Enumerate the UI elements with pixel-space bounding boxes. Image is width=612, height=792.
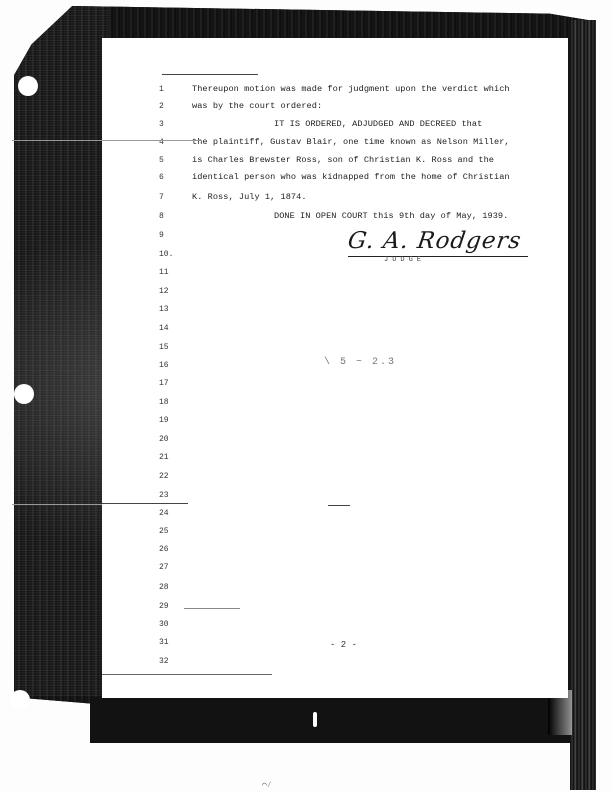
signature-line	[348, 256, 528, 257]
left-margin-rule-4	[12, 140, 202, 141]
faint-marks: \ 5 ~ 2.3	[324, 357, 396, 368]
page-number: - 2 -	[330, 640, 357, 650]
line-number: 29	[159, 602, 183, 611]
line-number: 26	[159, 545, 183, 554]
line-number: 25	[159, 527, 183, 536]
line-number: 18	[159, 398, 183, 407]
margin-rule-24	[102, 503, 188, 504]
top-rule	[162, 74, 258, 75]
line-number: 11	[159, 268, 183, 277]
line-number: 5	[159, 156, 183, 165]
line-number: 30	[159, 620, 183, 629]
line-number: 16	[159, 361, 183, 370]
margin-rule-bottom	[102, 674, 272, 675]
document-line-text: DONE IN OPEN COURT this 9th day of May, …	[274, 211, 508, 221]
document-line-text: K. Ross, July 1, 1874.	[192, 192, 307, 202]
line-number: 32	[159, 657, 183, 666]
judge-title: JUDGE	[384, 256, 425, 264]
footer-scan-mark: ⌒⁄	[262, 780, 272, 790]
line-number: 10.	[159, 250, 183, 259]
document-line-text: was by the court ordered:	[192, 101, 322, 111]
line-number: 2	[159, 102, 183, 111]
line-number: 9	[159, 231, 183, 240]
photocopy-bottom-band	[90, 697, 580, 743]
document-line-text: identical person who was kidnapped from …	[192, 172, 510, 182]
margin-rule-29	[184, 608, 240, 609]
line-number: 12	[159, 287, 183, 296]
line-number: 17	[159, 379, 183, 388]
document-line-text: Thereupon motion was made for judgment u…	[192, 84, 510, 94]
line-number: 1	[159, 85, 183, 94]
judge-signature: G. A. Rodgers	[346, 228, 523, 254]
line-number: 27	[159, 563, 183, 572]
line-number: 20	[159, 435, 183, 444]
line-number: 7	[159, 193, 183, 202]
line-number: 8	[159, 212, 183, 221]
document-line-text: IT IS ORDERED, ADJUDGED AND DECREED that	[274, 119, 482, 129]
punch-hole-middle	[14, 384, 34, 404]
line-number: 13	[159, 305, 183, 314]
line-number: 21	[159, 453, 183, 462]
document-page: 1Thereupon motion was made for judgment …	[102, 38, 568, 698]
document-line-text: the plaintiff, Gustav Blair, one time kn…	[192, 137, 510, 147]
punch-hole-top	[18, 76, 38, 96]
line-number: 3	[159, 120, 183, 129]
short-rule-24	[328, 505, 350, 506]
line-number: 28	[159, 583, 183, 592]
line-number: 24	[159, 509, 183, 518]
photocopy-noise	[14, 6, 109, 696]
punch-hole-bottom	[10, 690, 30, 710]
line-number: 31	[159, 638, 183, 647]
line-number: 14	[159, 324, 183, 333]
line-number: 6	[159, 173, 183, 182]
line-number: 22	[159, 472, 183, 481]
photocopy-right-edge	[570, 20, 596, 790]
left-margin-rule-24	[12, 504, 102, 505]
line-number: 19	[159, 416, 183, 425]
line-number: 15	[159, 343, 183, 352]
scan-artifact-mark	[313, 712, 317, 727]
document-line-text: is Charles Brewster Ross, son of Christi…	[192, 155, 494, 165]
line-number: 23	[159, 491, 183, 500]
